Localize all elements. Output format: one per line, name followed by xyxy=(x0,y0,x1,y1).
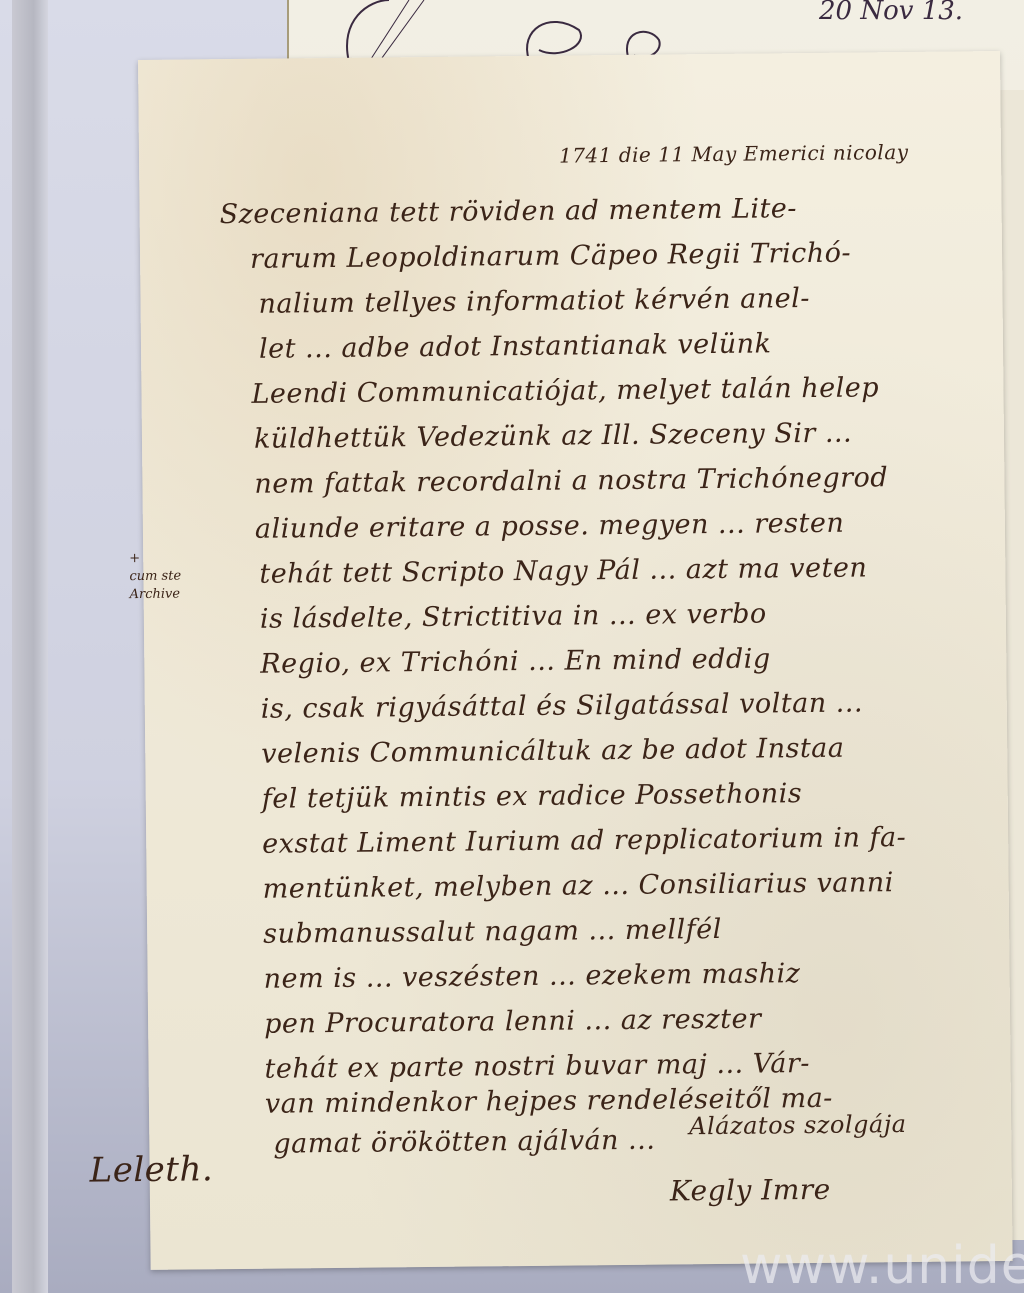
letter-signature: Kegly Imre xyxy=(670,1173,831,1208)
letter-closing: Alázatos szolgája xyxy=(689,1110,907,1140)
margin-note-line: Archive xyxy=(130,586,182,605)
letter-line: exstat Liment Iurium ad repplicatorium i… xyxy=(262,822,906,860)
letter-line: velenis Communicáltuk az be adot Instaa xyxy=(261,733,844,770)
display-case-frame xyxy=(12,0,48,1293)
letter-line: tehát tett Scripto Nagy Pál ... azt ma v… xyxy=(259,552,867,589)
margin-note-line: cum ste xyxy=(129,568,181,587)
letter-line: Szeceniana tett röviden ad mentem Lite- xyxy=(219,193,797,230)
letter-date-line: 1741 die 11 May Emerici nicolay xyxy=(559,140,909,168)
handwritten-letter: 1741 die 11 May Emerici nicolay Szecenia… xyxy=(138,51,1013,1270)
letter-line: tehát ex parte nostri buvar maj ... Vár- xyxy=(264,1048,810,1085)
letter-line: nem is ... veszésten ... ezekem mashiz xyxy=(263,958,800,995)
letter-line: is lásdelte, Strictitiva in ... ex verbo xyxy=(260,598,767,634)
letter-line: gamat örökötten ajálván ... xyxy=(273,1125,655,1160)
margin-note: + cum ste Archive xyxy=(129,550,181,605)
letter-line: pen Procuratora lenni ... az reszter xyxy=(264,1004,762,1040)
letter-line: submanussalut nagam ... mellfél xyxy=(263,914,722,950)
watermark: www.unideb.hu xyxy=(740,1236,1024,1293)
letter-line: fel tetjük mintis ex radice Possethonis xyxy=(262,778,803,815)
letter-line: Regio, ex Trichóni ... En mind eddig xyxy=(260,643,771,679)
letter-line: let ... adbe adot Instantianak velünk xyxy=(259,328,772,364)
letter-line: nem fattak recordalni a nostra Trichóneg… xyxy=(254,462,888,500)
letter-line: aliunde eritare a posse. megyen ... rest… xyxy=(255,508,845,545)
margin-note-mark: + xyxy=(129,550,181,569)
letter-line: nalium tellyes informatiot kérvén anel- xyxy=(258,283,810,320)
letter-line: Leendi Communicatiójat, melyet talán hel… xyxy=(251,372,879,410)
letter-line: rarum Leopoldinarum Cäpeo Regii Trichó- xyxy=(250,238,851,275)
letter-line: is, csak rigyásáttal és Silgatással volt… xyxy=(261,687,863,724)
letter-line: küldhettük Vedezünk az Ill. Szeceny Sir … xyxy=(254,418,852,455)
letter-line: mentünket, melyben az ... Consiliarius v… xyxy=(263,867,894,905)
letter-place: Leleth. xyxy=(89,1149,213,1190)
